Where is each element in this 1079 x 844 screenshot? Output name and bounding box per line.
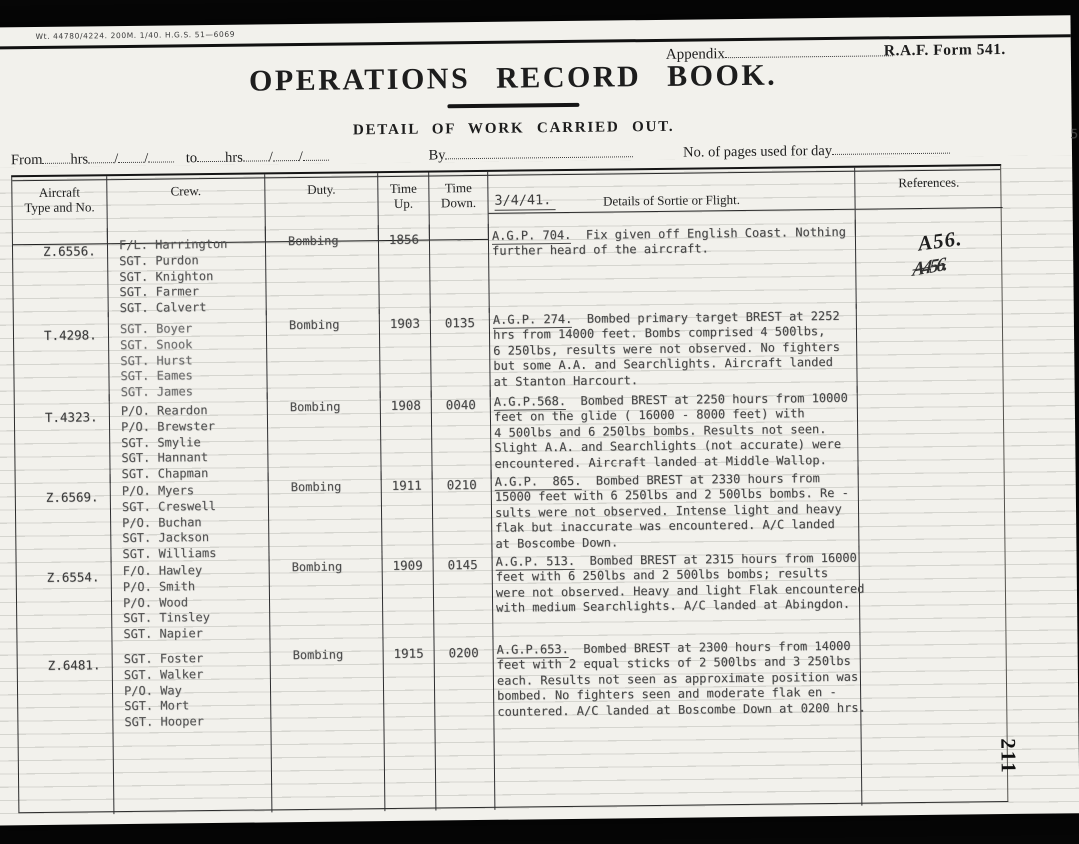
references-cell — [858, 384, 1006, 475]
sortie-date: 3/4/41. — [494, 193, 555, 211]
table-row: Z.6556. F/L. Harrington SGT. Purdon SGT.… — [13, 218, 1002, 313]
page-subtitle: DETAIL OF WORK CARRIED OUT. — [0, 115, 1041, 144]
by-dotted — [445, 144, 633, 159]
from-label: From — [11, 152, 43, 169]
crew-cell: SGT. Foster SGT. Walker P/O. Way SGT. Mo… — [112, 640, 272, 814]
hrs-label: hrs — [70, 151, 88, 167]
from-dotted — [42, 151, 70, 164]
aircraft-cell: Z.6556. — [13, 228, 109, 318]
crew-cell: F/O. Hawley P/O. Smith P/O. Wood SGT. Ti… — [111, 552, 270, 643]
crew-cell: SGT. Boyer SGT. Snook SGT. Hurst SGT. Ea… — [109, 310, 268, 401]
dotted — [273, 148, 299, 161]
duty-cell: Bombing — [269, 471, 383, 561]
details-cell: A.G.P. 274. Bombed primary target BREST … — [490, 304, 858, 397]
table-row: Z.6554. F/O. Hawley P/O. Smith P/O. Wood… — [16, 544, 1005, 643]
dotted — [243, 148, 269, 161]
crew-cell: P/O. Myers SGT. Creswell P/O. Buchan SGT… — [111, 472, 270, 563]
title-underline — [447, 103, 579, 108]
time-up-cell: 1911 — [382, 471, 434, 561]
handwritten-reference: A56. — [917, 226, 964, 257]
printer-reference: Wt. 44780/4224. 200M. 1/40. H.G.S. 51—60… — [36, 30, 236, 41]
table-row: T.4323. P/O. Reardon P/O. Brewster SGT. … — [15, 384, 1004, 475]
duty-cell: Bombing — [268, 391, 382, 481]
time-down-cell: 0200 — [434, 638, 495, 811]
pages-label: No. of pages used for day — [683, 143, 832, 161]
table-row: Z.6569. P/O. Myers SGT. Creswell P/O. Bu… — [16, 464, 1005, 555]
scanned-form-page: Wt. 44780/4224. 200M. 1/40. H.G.S. 51—60… — [0, 15, 1079, 825]
pages-dotted — [832, 141, 950, 155]
table-row: Z.6481. SGT. Foster SGT. Walker P/O. Way… — [17, 632, 1007, 815]
time-up-cell: 1909 — [382, 551, 434, 641]
details-cell: A.G.P. 865. Bombed BREST at 2330 hours f… — [492, 466, 860, 559]
time-down-cell: 0145 — [433, 550, 493, 640]
aircraft-cell: T.4323. — [15, 394, 111, 484]
time-up-cell: 1908 — [381, 391, 433, 481]
dotted — [148, 149, 174, 162]
duty-cell: Bombing — [270, 639, 385, 812]
time-up-cell: 1915 — [383, 639, 436, 812]
time-up-cell: 1903 — [380, 309, 432, 399]
dotted — [118, 150, 144, 163]
appendix-dotted-line — [725, 43, 893, 58]
crew-cell: F/L. Harrington SGT. Purdon SGT. Knighto… — [108, 226, 267, 317]
crew-cell: P/O. Reardon P/O. Brewster SGT. Smylie S… — [110, 392, 269, 483]
duty-cell: Bombing — [269, 551, 383, 641]
table-row: T.4298. SGT. Boyer SGT. Snook SGT. Hurst… — [14, 302, 1003, 395]
references-cell: A56. A456. — [856, 218, 1004, 309]
dotted — [303, 148, 329, 161]
time-up-cell: 1856 — [379, 225, 431, 315]
operations-table: Aircraft Type and No. Crew. Duty. Time U… — [11, 164, 1008, 813]
by-label: By — [428, 147, 445, 163]
references-cell — [860, 632, 1009, 806]
aircraft-cell: T.4298. — [14, 312, 110, 402]
details-cell: A.G.P. 513. Bombed BREST at 2315 hours f… — [492, 546, 860, 639]
dotted — [197, 149, 225, 162]
page-title: OPERATIONS RECORD BOOK. — [0, 56, 1040, 102]
details-cell: A.G.P.653. Bombed BREST at 2300 hours fr… — [493, 634, 862, 810]
duty-cell: Bombing — [267, 309, 381, 399]
time-down-cell: 0040 — [432, 390, 492, 480]
dotted — [88, 150, 114, 163]
details-cell: A.G.P. 704. Fix given off English Coast.… — [489, 220, 857, 313]
hrs-label: hrs — [225, 150, 243, 166]
details-cell: A.G.P.568. Bombed BREST at 2250 hours fr… — [491, 386, 859, 479]
duty-cell: Bombing — [266, 225, 380, 315]
by-field: By 51. Squadron. R.A.F. — [428, 144, 633, 164]
time-down-cell: 0135 — [431, 308, 491, 398]
page-number: 211 — [995, 738, 1020, 775]
aircraft-cell: Z.6569. — [16, 474, 112, 564]
references-cell — [857, 302, 1005, 393]
time-down-cell: 0210 — [433, 470, 493, 560]
handwritten-scrawl: A456. — [912, 254, 947, 282]
aircraft-cell: Z.6481. — [17, 642, 114, 815]
squadron-value: 51. Squadron. R.A.F. — [1070, 125, 1079, 142]
references-cell — [859, 544, 1007, 635]
references-cell — [859, 464, 1007, 555]
time-down-cell: - — [430, 224, 490, 314]
aircraft-cell: Z.6554. — [16, 554, 112, 644]
pages-field: No. of pages used for day — [683, 141, 950, 162]
to-label: to — [186, 150, 197, 167]
